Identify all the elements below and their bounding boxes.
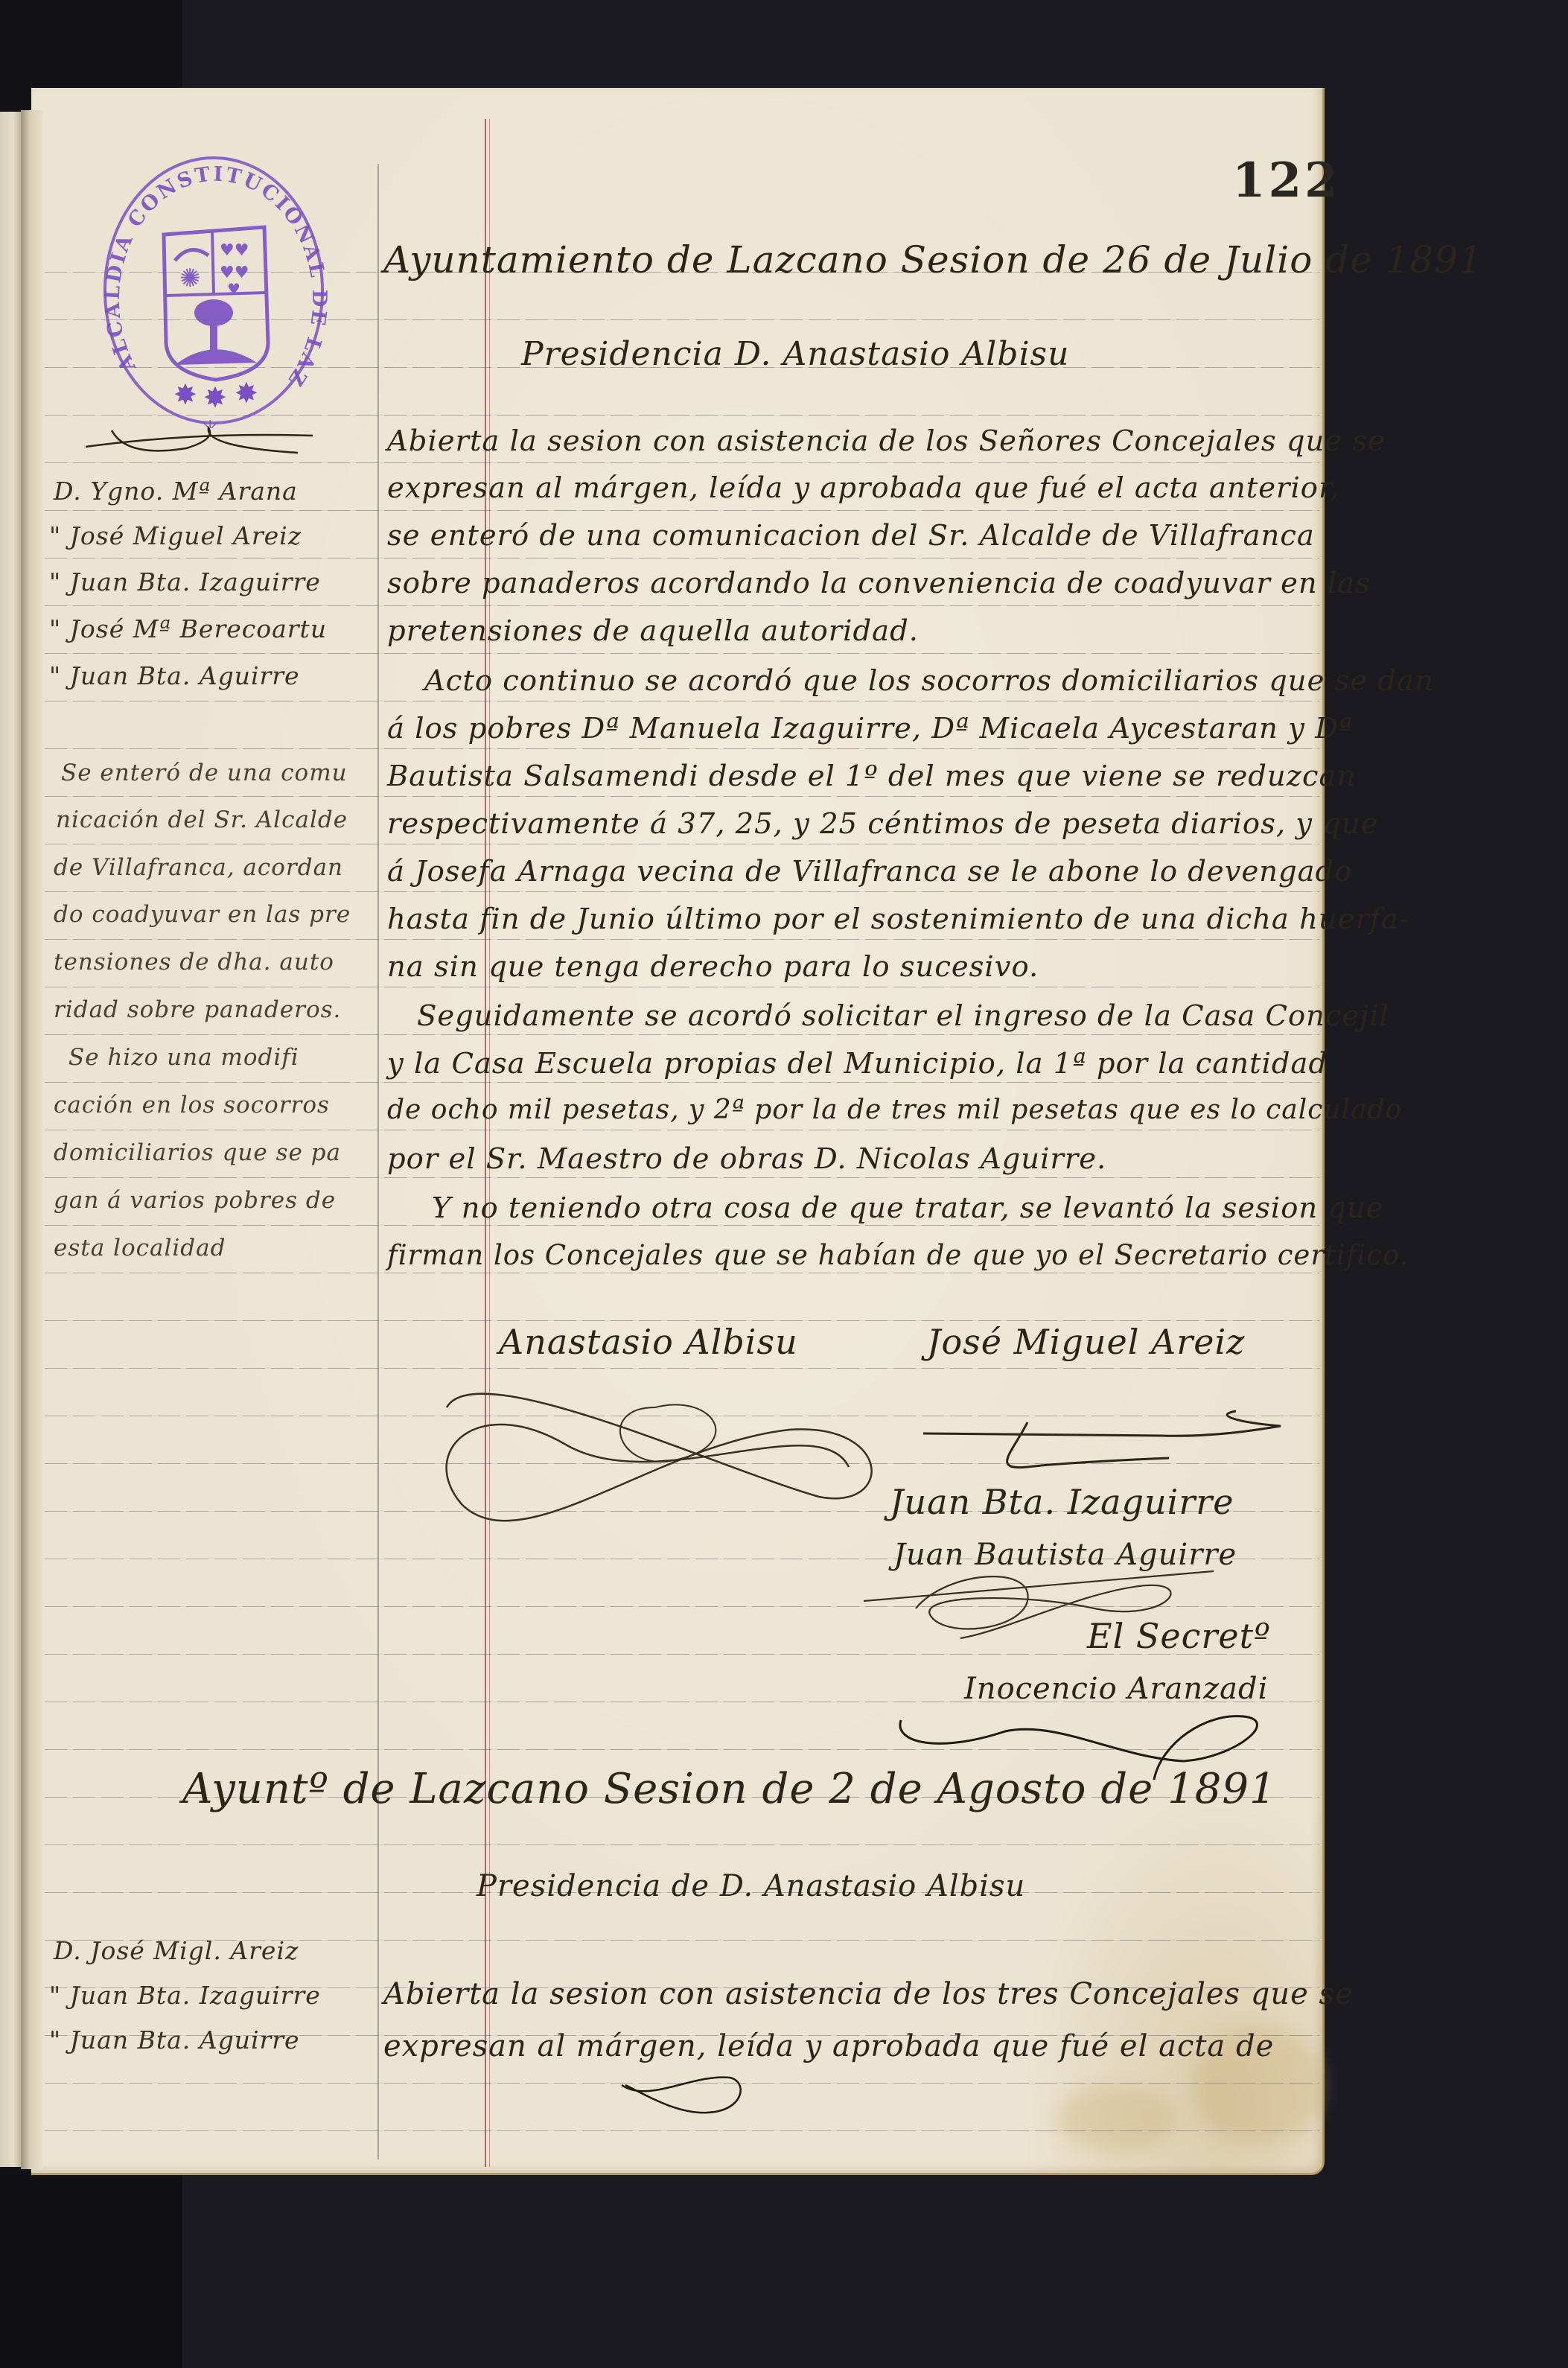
body-line: hasta fin de Junio último por el sosteni… <box>387 903 1409 936</box>
body-line: expresan al márgen, leída y aprobada que… <box>387 471 1339 505</box>
signature: Anastasio Albisu <box>499 1322 798 1362</box>
margin-note-line: cación en los socorros <box>54 1092 330 1118</box>
body-line: Bautista Salsamendi desde el 1º del mes … <box>387 760 1356 793</box>
margin-note-line: esta localidad <box>54 1235 226 1261</box>
ruled-line <box>45 891 1319 892</box>
paper-stain <box>1057 2085 1176 2152</box>
ruled-line <box>45 1845 1319 1845</box>
attendee-name: " Juan Bta. Izaguirre <box>49 567 321 596</box>
ruled-line <box>45 558 1319 558</box>
svg-text:✺: ✺ <box>179 264 201 293</box>
book-gutter <box>21 110 43 2169</box>
svg-text:♥: ♥ <box>227 280 240 298</box>
margin-note-line: domiciliarios que se pa <box>54 1139 341 1166</box>
facing-page-edge <box>0 112 23 2167</box>
ruled-line <box>45 653 1319 654</box>
ruled-line <box>45 1082 1319 1083</box>
signature: Juan Bta. Izaguirre <box>890 1482 1234 1522</box>
ruled-line <box>45 939 1319 940</box>
ruled-line <box>45 1130 1319 1130</box>
svg-text:♥♥: ♥♥ <box>220 241 249 260</box>
body-line: á Josefa Arnaga vecina de Villafranca se… <box>387 855 1352 888</box>
ruled-line <box>45 2130 1319 2131</box>
body-line: expresan al márgen, leída y aprobada que… <box>383 2029 1274 2063</box>
flourish-icon <box>618 2066 752 2119</box>
body-line: por el Sr. Maestro de obras D. Nicolas A… <box>387 1142 1106 1176</box>
body-line: Acto continuo se acordó que los socorros… <box>424 664 1434 698</box>
attendee-name: " Juan Bta. Izaguirre <box>49 1981 321 2010</box>
body-line: Abierta la sesion con asistencia de los … <box>383 1977 1354 2011</box>
attendee-name: " Juan Bta. Aguirre <box>49 2025 300 2055</box>
body-line: sobre panaderos acordando la convenienci… <box>387 567 1371 600</box>
ruled-line <box>45 605 1319 606</box>
session2-presidency: Presidencia de D. Anastasio Albisu <box>477 1869 1025 1903</box>
signature: José Miguel Areiz <box>927 1322 1245 1362</box>
body-line: á los pobres Dª Manuela Izaguirre, Dª Mi… <box>387 712 1353 745</box>
ruled-line <box>45 748 1319 749</box>
margin-note-line: do coadyuvar en las pre <box>54 901 351 928</box>
body-line: Y no teniendo otra cosa de que tratar, s… <box>432 1191 1384 1225</box>
attendee-name: " José Mª Berecoartu <box>49 614 327 643</box>
session1-presidency: Presidencia D. Anastasio Albisu <box>521 335 1069 373</box>
margin-note-line: tensiones de dha. auto <box>54 949 334 975</box>
body-line: respectivamente á 37, 25, y 25 céntimos … <box>387 807 1379 841</box>
session2-heading: Ayuntº de Lazcano Sesion de 2 de Agosto … <box>182 1765 1277 1813</box>
stamp-star-icon: ✸ <box>235 377 258 410</box>
attendee-name: D. Ygno. Mª Arana <box>54 477 298 506</box>
signature: Inocencio Aranzadi <box>964 1672 1268 1706</box>
flourish-icon <box>82 424 320 458</box>
stamp-star-icon: ✸ <box>203 381 227 414</box>
margin-note-line: Se enteró de una comu <box>61 760 348 786</box>
ruled-line <box>45 510 1319 511</box>
ruled-line <box>45 1177 1319 1178</box>
margin-note-line: de Villafranca, acordan <box>54 854 343 881</box>
ruled-line <box>45 1034 1319 1035</box>
body-line: se enteró de una comunicacion del Sr. Al… <box>387 519 1315 553</box>
body-line: pretensiones de aquella autoridad. <box>387 614 919 648</box>
page-number: 122 <box>1232 153 1341 209</box>
ruled-line <box>45 1320 1319 1321</box>
body-line: de ocho mil pesetas, y 2ª por la de tres… <box>387 1095 1402 1125</box>
scan-background-bottom <box>0 2174 182 2368</box>
attendee-name: " José Miguel Areiz <box>49 521 302 550</box>
signature-flourish-icon <box>916 1400 1303 1482</box>
margin-rule-grey <box>377 164 379 2159</box>
body-line: Abierta la sesion con asistencia de los … <box>387 424 1386 458</box>
ruled-line <box>45 987 1319 987</box>
body-line: y la Casa Escuela propias del Municipio,… <box>387 1047 1328 1080</box>
margin-note-line: gan á varios pobres de <box>54 1187 336 1214</box>
margin-note-line: nicación del Sr. Alcalde <box>56 806 348 833</box>
ruled-line <box>45 462 1319 463</box>
body-line: na sin que tenga derecho para lo sucesiv… <box>387 950 1039 984</box>
session1-heading: Ayuntamiento de Lazcano Sesion de 26 de … <box>383 238 1483 281</box>
margin-note-line: Se hizo una modifi <box>68 1044 299 1071</box>
ruled-line <box>45 1225 1319 1226</box>
stamp-star-icon: ✸ <box>173 378 197 411</box>
municipal-seal-stamp: ALCALDIA CONSTITUCIONAL DE LAZCANO ✺ ♥♥ … <box>101 153 328 428</box>
ruled-line <box>45 844 1319 844</box>
attendee-name: " Juan Bta. Aguirre <box>49 661 300 690</box>
body-line: firman los Concejales que se habían de q… <box>387 1239 1409 1271</box>
secretary-label: El Secretº <box>1087 1616 1271 1656</box>
margin-note-line: ridad sobre panaderos. <box>54 996 341 1023</box>
body-line: Seguidamente se acordó solicitar el ingr… <box>417 999 1389 1033</box>
attendee-name: D. José Migl. Areiz <box>54 1936 299 1965</box>
ruled-line <box>45 796 1319 797</box>
ruled-line <box>45 1273 1319 1273</box>
coat-of-arms-icon: ✺ ♥♥ ♥♥ ♥ <box>164 227 268 380</box>
ruled-line <box>45 701 1319 701</box>
signature-flourish-icon <box>432 1363 908 1556</box>
